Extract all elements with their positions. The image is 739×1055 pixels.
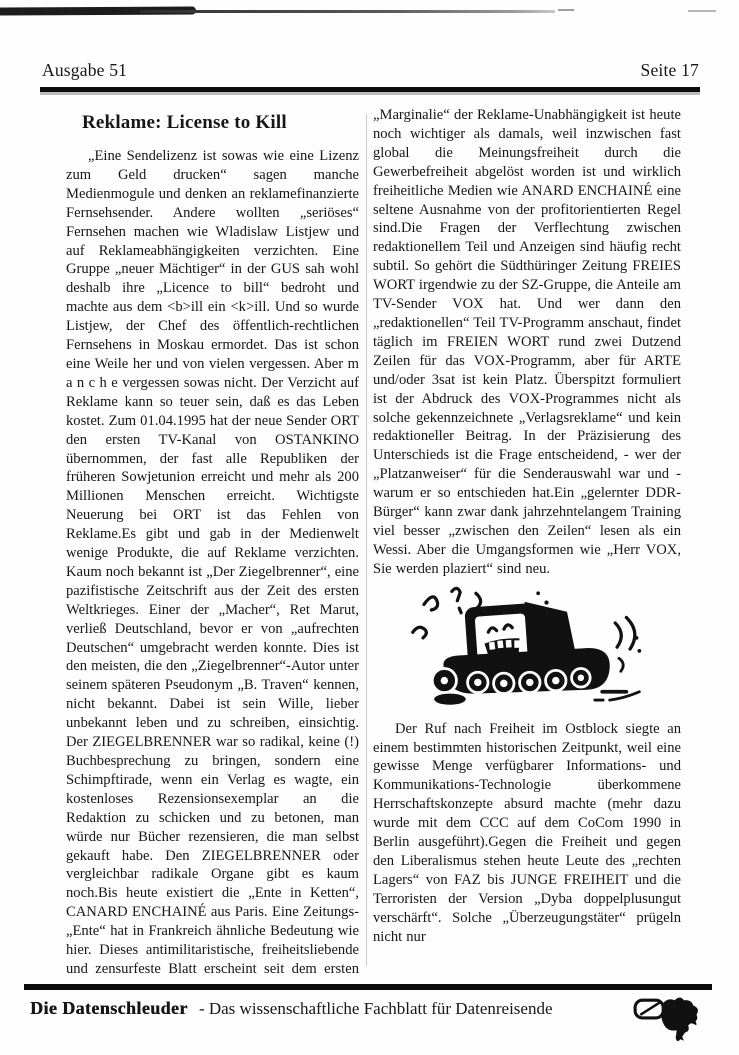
issue-label: Ausgabe 51 (42, 60, 127, 81)
footer: Die Datenschleuder - Das wissenschaftlic… (30, 998, 553, 1019)
article-text-right-2: Der Ruf nach Freiheit im Ostblock siegte… (373, 720, 681, 947)
column-divider (366, 114, 367, 966)
scan-artifact-speck (688, 10, 716, 12)
slingshot-logo-icon (631, 994, 711, 1046)
footer-tagline: - Das wissenschaftliche Fachblatt für Da… (199, 999, 553, 1018)
left-column: Reklame: License to Kill „Eine Sendelize… (66, 112, 359, 974)
page-header: Ausgabe 51 Seite 17 (42, 60, 699, 81)
scanned-page: Ausgabe 51 Seite 17 Reklame: License to … (0, 0, 739, 1055)
scan-artifact-speck (558, 9, 574, 11)
magazine-name: Die Datenschleuder (30, 998, 188, 1018)
page-number: Seite 17 (641, 60, 699, 81)
article-text-right-1: „Marginalie“ der Reklame-Unabhängigkeit … (373, 106, 681, 579)
scan-artifact-top-line (140, 10, 555, 13)
header-rule (40, 87, 700, 92)
tv-tank-cartoon-icon (402, 584, 652, 714)
tv-tank-illustration (373, 583, 681, 715)
article-text-left: „Eine Sendelizenz ist sowas wie eine Liz… (66, 147, 359, 974)
footer-rule (24, 984, 712, 990)
right-column: „Marginalie“ der Reklame-Unabhängigkeit … (373, 106, 681, 974)
article-title: Reklame: License to Kill (82, 112, 359, 134)
